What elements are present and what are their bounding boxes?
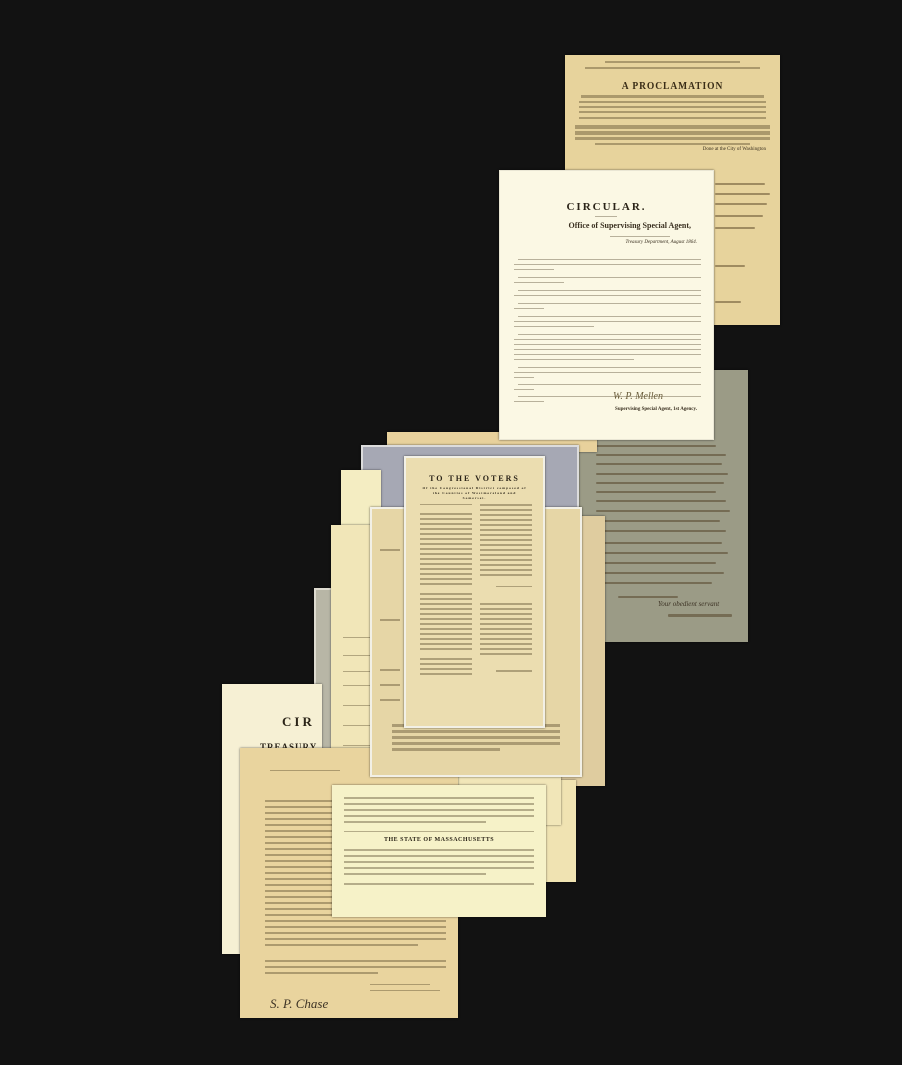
document-heading: A PROCLAMATION — [570, 81, 774, 92]
document-closing: Your obedient servant — [658, 600, 719, 608]
document-title: CIR — [282, 714, 322, 730]
document-footer: Done at the City of Washington — [703, 147, 766, 152]
document-notice-lower[interactable]: THE STATE OF MASSACHUSETTS — [332, 785, 546, 917]
document-dateline: Treasury Department, August 1864. — [625, 240, 697, 245]
document-title: TO THE VOTERS — [406, 474, 543, 483]
document-signature: W. P. Mellen — [613, 391, 663, 402]
document-circular[interactable]: CIRCULAR. Office of Supervising Special … — [499, 170, 714, 440]
document-title: CIRCULAR. — [500, 201, 713, 213]
document-signature-title: Supervising Special Agent, 1st Agency. — [615, 407, 697, 412]
document-heading: THE STATE OF MASSACHUSETTS — [332, 837, 546, 843]
document-subtitle: Of the Congressional District composed o… — [406, 486, 543, 501]
document-signature: S. P. Chase — [270, 996, 328, 1012]
document-to-the-voters[interactable]: TO THE VOTERS Of the Congressional Distr… — [404, 456, 545, 728]
document-subtitle: Office of Supervising Special Agent, — [569, 221, 691, 230]
